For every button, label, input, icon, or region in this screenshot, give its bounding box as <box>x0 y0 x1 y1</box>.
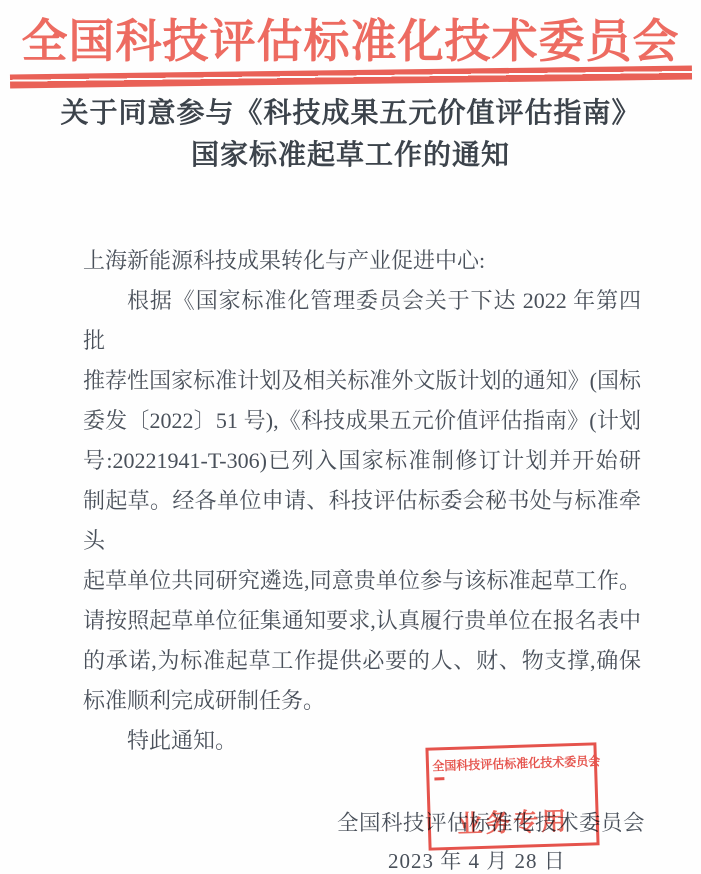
document-title-line1: 关于同意参与《科技成果五元价值评估指南》 <box>0 93 701 135</box>
body-line: 标准顺利完成研制任务。 <box>83 681 641 721</box>
body-line: 制起草。经各单位申请、科技评估标委会秘书处与标准牵头 <box>83 481 641 561</box>
document-title: 关于同意参与《科技成果五元价值评估指南》 国家标准起草工作的通知 <box>0 93 701 177</box>
document-body: 上海新能源科技成果转化与产业促进中心: 根据《国家标准化管理委员会关于下达 20… <box>83 241 641 761</box>
recipient-line: 上海新能源科技成果转化与产业促进中心: <box>83 241 641 281</box>
official-stamp-seal: 全国科技评估标准化技术委员会 业务专用 <box>425 742 599 850</box>
body-line: 的承诺,为标准起草工作提供必要的人、财、物支撑,确保 <box>83 641 641 681</box>
body-line: 根据《国家标准化管理委员会关于下达 2022 年第四批 <box>83 281 641 361</box>
body-line: 起草单位共同研究遴选,同意贵单位参与该标准起草工作。 <box>83 561 641 601</box>
stamp-dash-mark <box>434 777 444 780</box>
letterhead-org-name: 全国科技评估标准化技术委员会 <box>0 5 701 71</box>
document-date: 2023 年 4 月 28 日 <box>388 845 566 874</box>
stamp-type-text: 业务专用 <box>430 800 596 841</box>
document-title-line2: 国家标准起草工作的通知 <box>0 135 701 177</box>
body-line: 号:20221941-T-306)已列入国家标准制修订计划并开始研 <box>83 441 641 481</box>
stamp-org-text: 全国科技评估标准化技术委员会 <box>432 752 591 775</box>
body-line: 请按照起草单位征集通知要求,认真履行贵单位在报名表中 <box>83 601 641 641</box>
body-line: 推荐性国家标准计划及相关标准外文版计划的通知》(国标 <box>83 361 641 401</box>
document-page: 全国科技评估标准化技术委员会 关于同意参与《科技成果五元价值评估指南》 国家标准… <box>0 0 701 874</box>
body-line: 委发〔2022〕51 号),《科技成果五元价值评估指南》(计划 <box>83 401 641 441</box>
